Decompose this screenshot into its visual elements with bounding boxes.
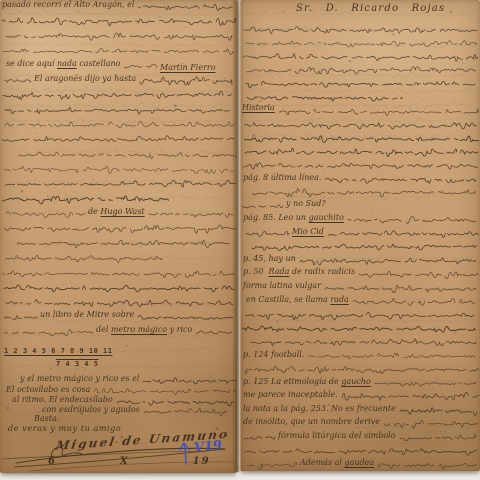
handwriting-layer bbox=[0, 0, 480, 480]
scanned-letter: pasado recorrí el Alto Aragón, else dice… bbox=[0, 0, 480, 480]
